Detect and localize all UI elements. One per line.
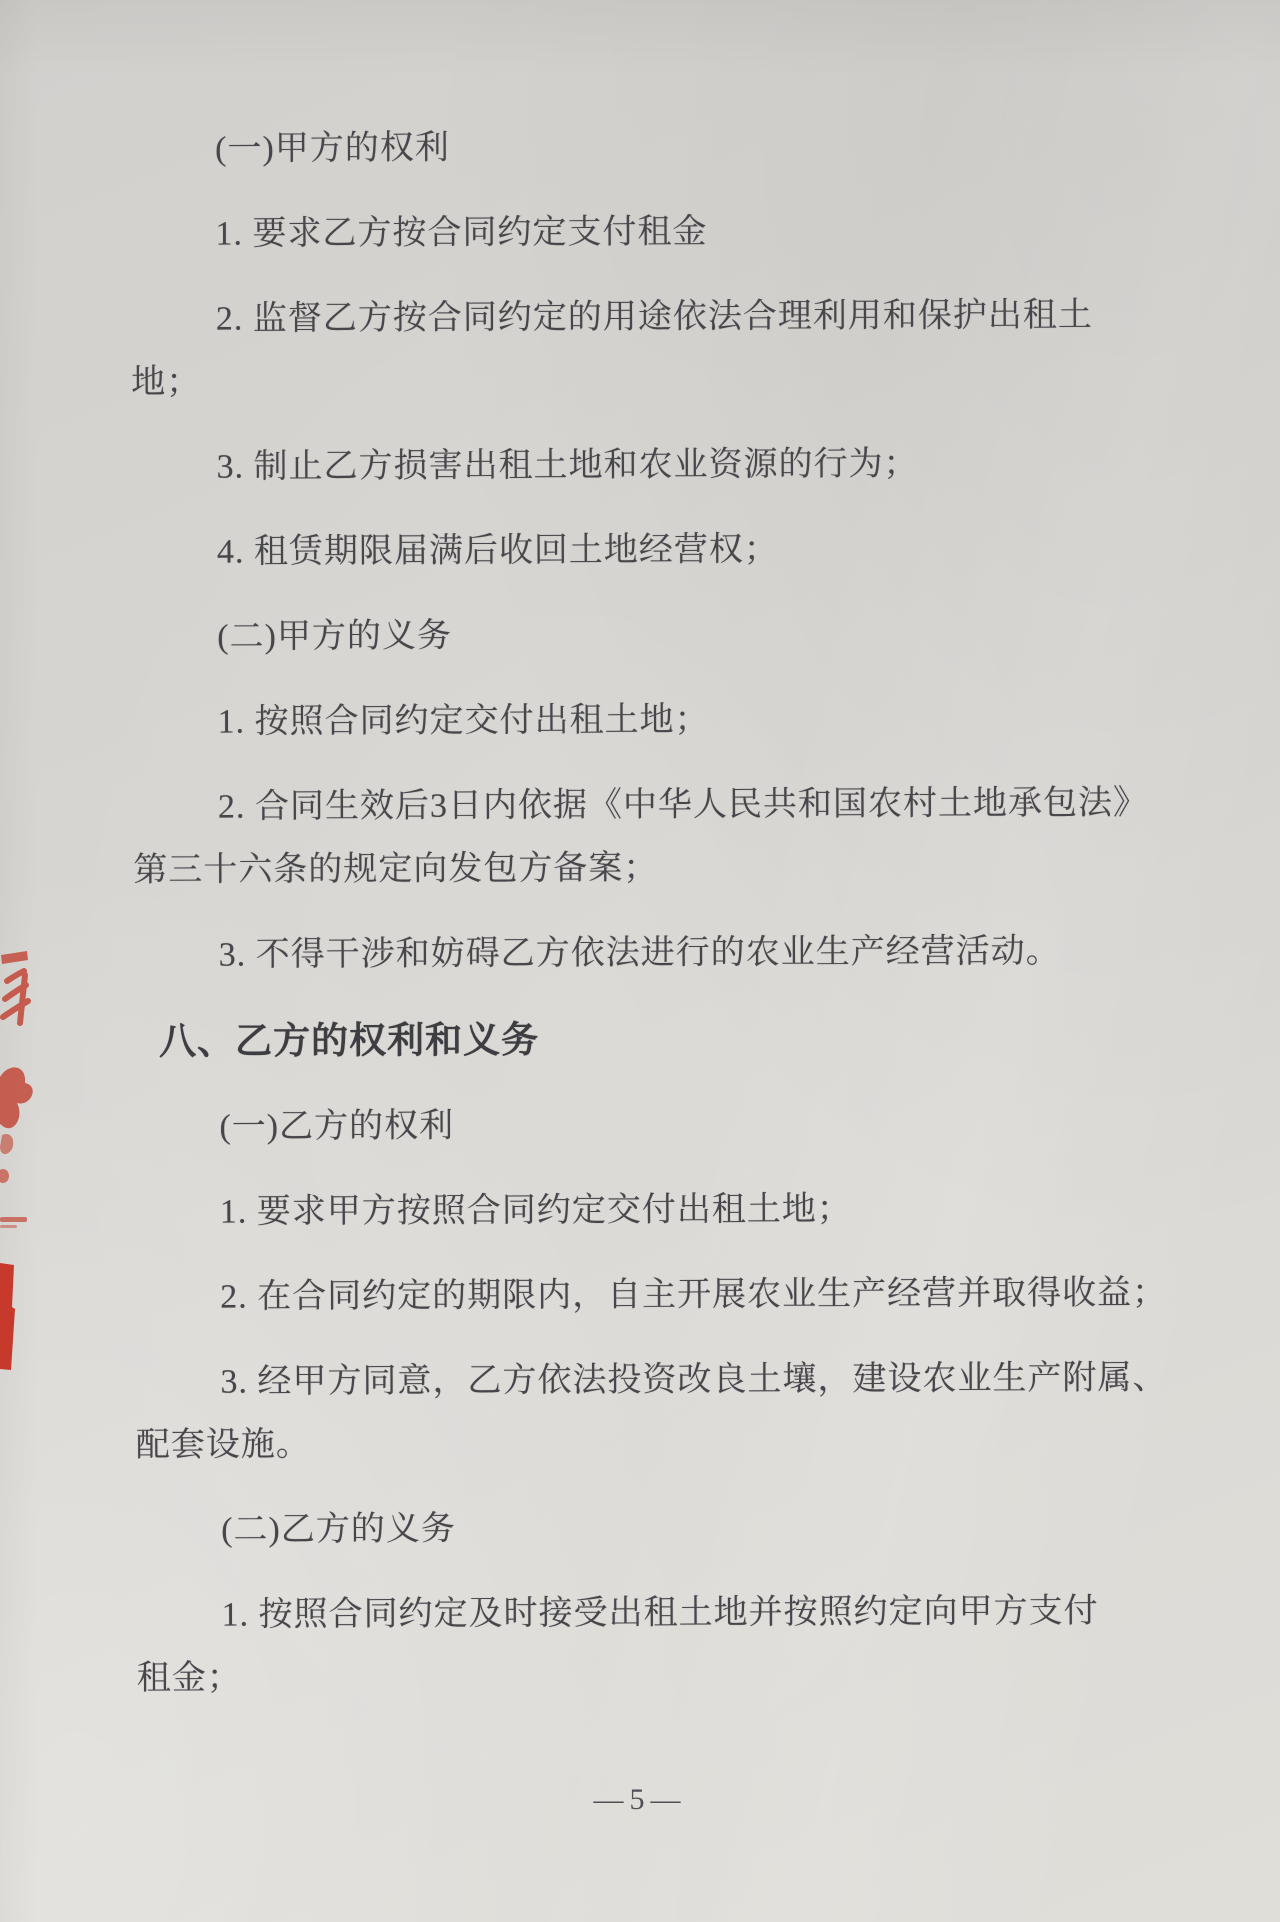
text-line: 3. 经甲方同意，乙方依法投资改良土壤，建设农业生产附属、 [135,1347,1145,1414]
text-line: 4. 租赁期限届满后收回土地经营权； [132,517,1142,584]
text-line: (二)乙方的义务 [136,1495,1146,1562]
text-line: 1. 要求乙方按合同约定支付租金 [130,199,1140,266]
text-line: 3. 不得干涉和妨碍乙方依法进行的农业生产经营活动。 [134,920,1144,987]
text-line: 第三十六条的规定向发包方备案； [133,835,1143,902]
text-line: 1. 要求甲方按照合同约定交付出租土地； [135,1177,1145,1244]
text-line: 1. 按照合同约定交付出租土地； [133,687,1143,754]
text-line: 2. 合同生效后3日内依据《中华人民共和国农村土地承包法》 [133,772,1143,839]
page-number: —5— [0,1783,1280,1817]
text-line: 1. 按照合同约定及时接受出租土地并按照约定向甲方支付 [136,1580,1146,1647]
text-line: (一)乙方的权利 [134,1092,1144,1159]
text-line: 租金； [137,1643,1147,1710]
text-line: 地； [131,347,1141,414]
scanned-contract-page: (一)甲方的权利1. 要求乙方按合同约定支付租金2. 监督乙方按合同约定的用途依… [0,0,1280,1922]
text-line: 2. 在合同约定的期限内，自主开展农业生产经营并取得收益； [135,1262,1145,1329]
text-line: 2. 监督乙方按合同约定的用途依法合理利用和保护出租土 [131,284,1141,351]
red-seal-fragments-icon [0,945,42,1385]
text-line: (二)甲方的义务 [132,602,1142,669]
text-line: 配套设施。 [136,1410,1146,1477]
section-heading: 八、乙方的权利和义务 [159,1007,1144,1074]
document-text-column: (一)甲方的权利1. 要求乙方按合同约定支付租金2. 监督乙方按合同约定的用途依… [130,114,1147,1710]
text-line: (一)甲方的权利 [130,114,1140,181]
text-line: 3. 制止乙方损害出租土地和农业资源的行为； [131,432,1141,499]
